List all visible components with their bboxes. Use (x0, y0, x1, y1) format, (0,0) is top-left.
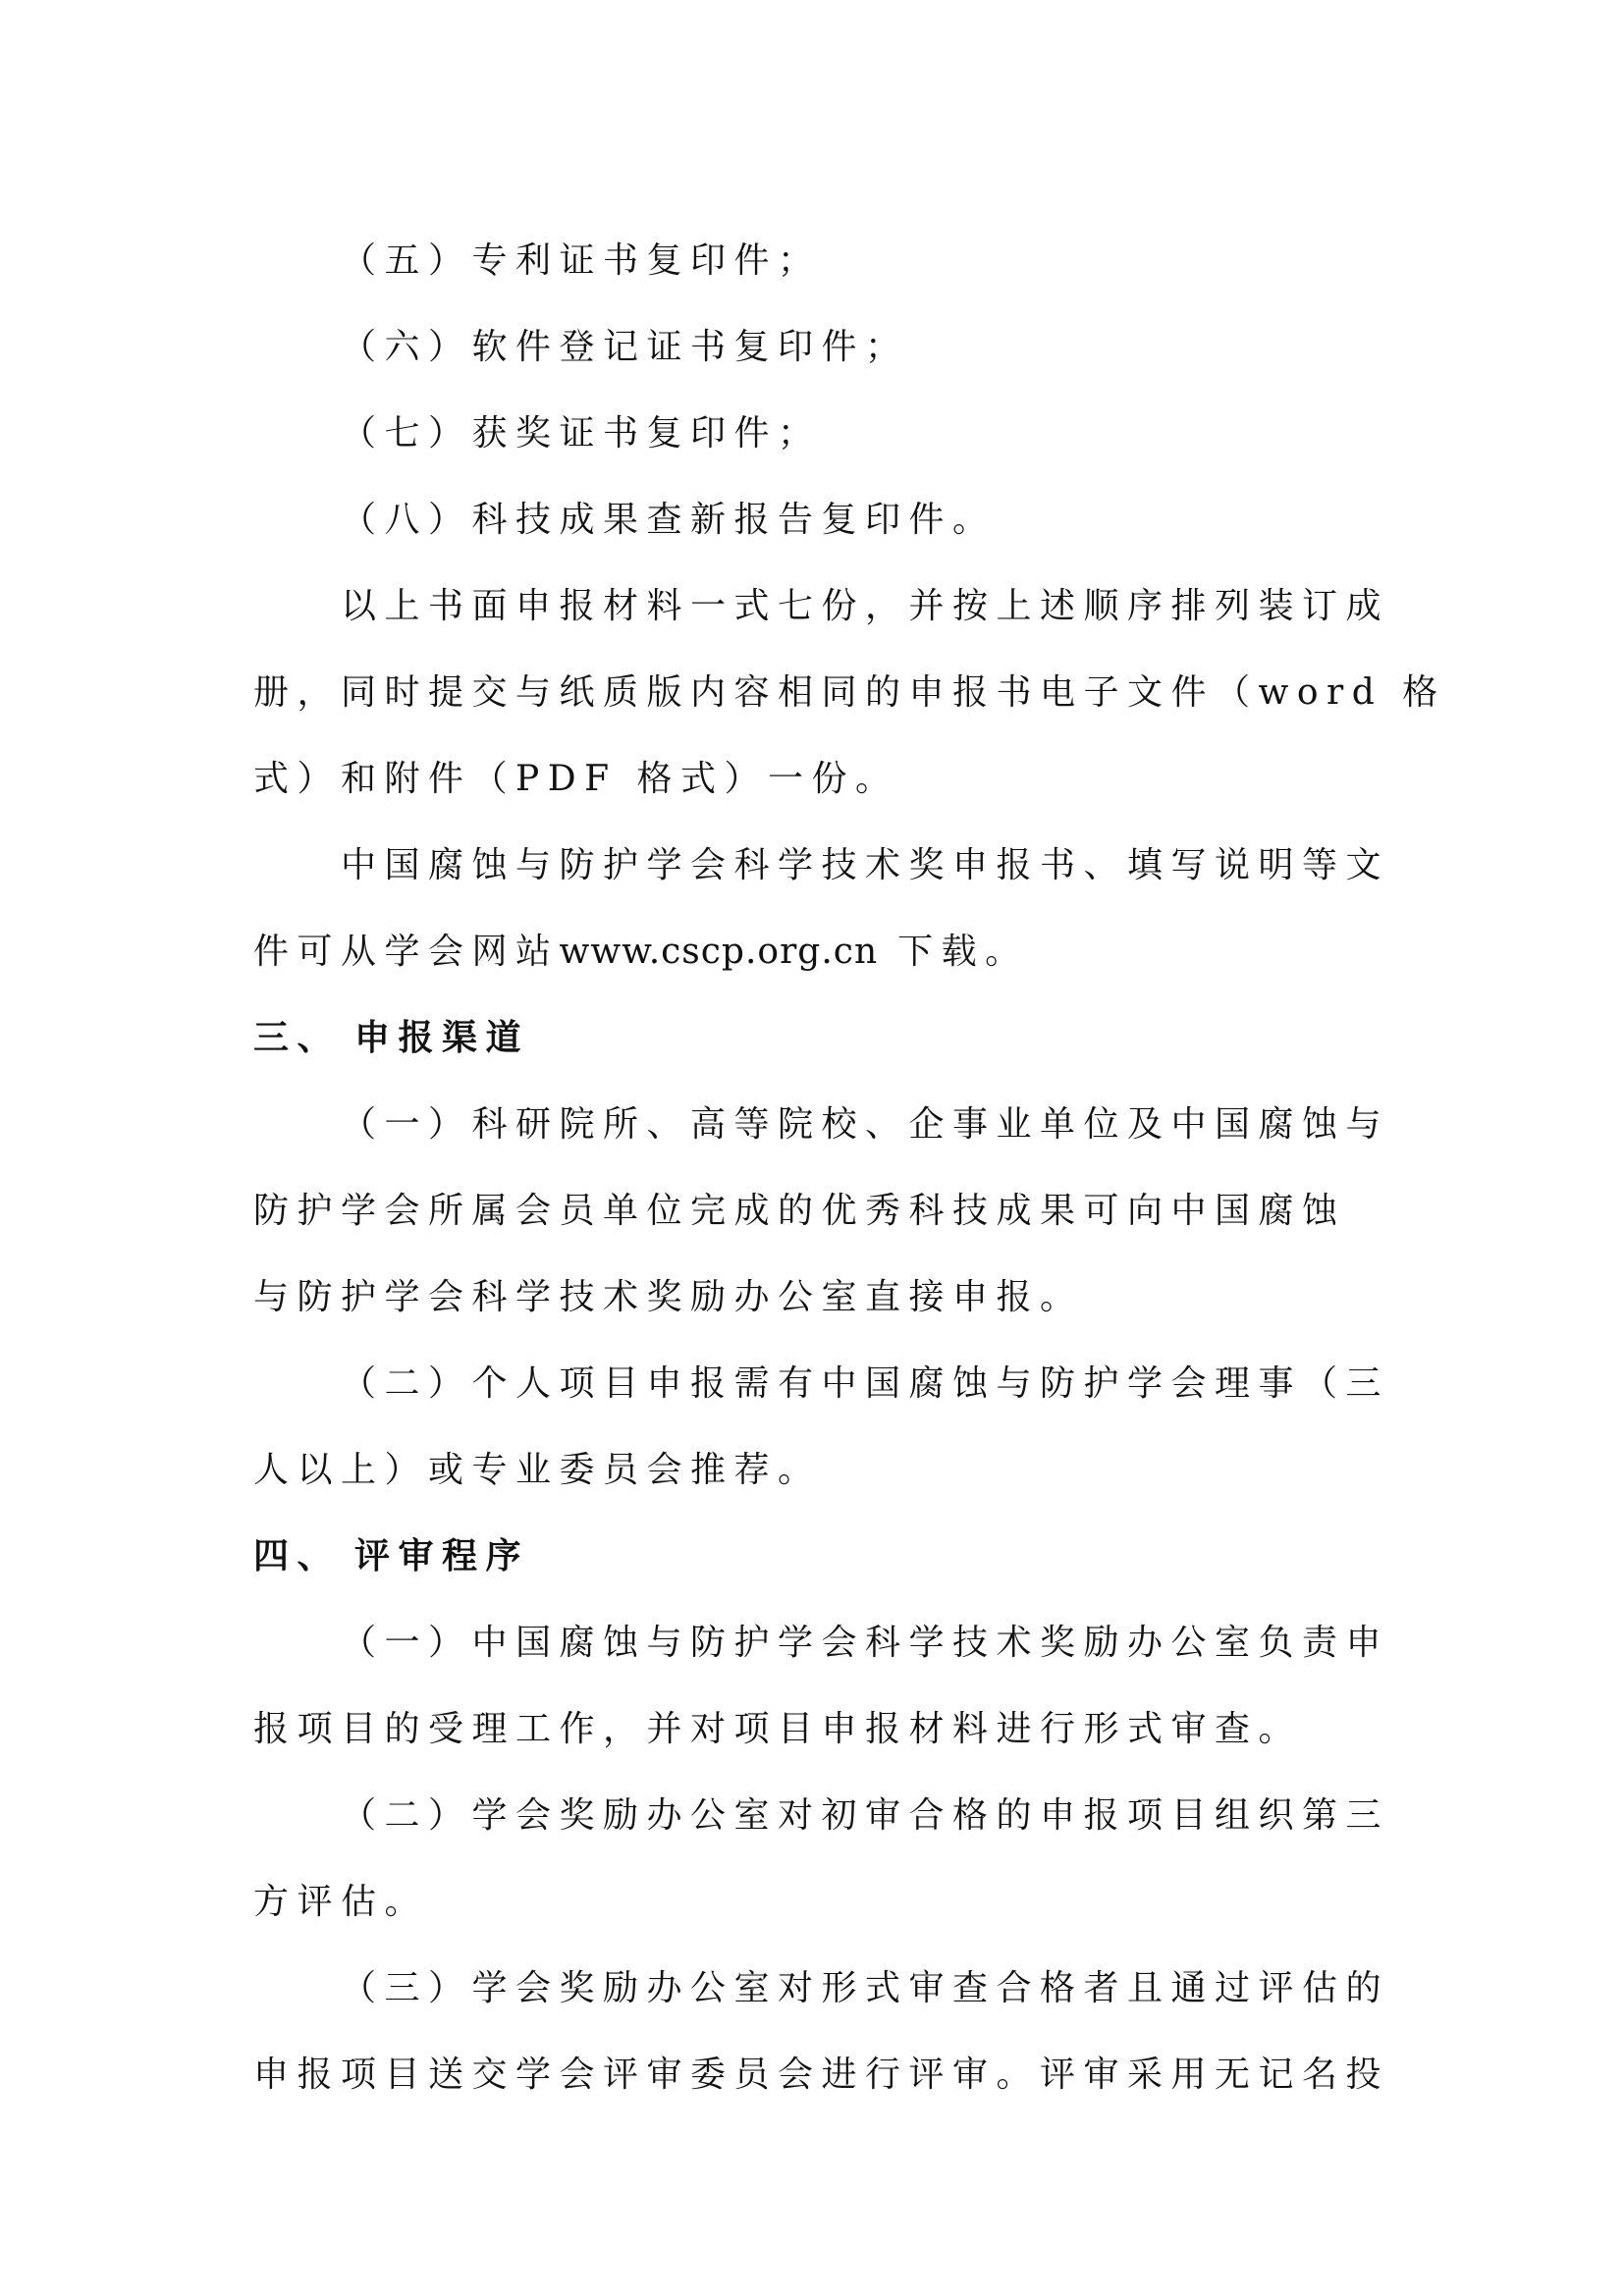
paragraph-line: （二）学会奖励办公室对初审合格的申报项目组织第三 (253, 1773, 1392, 1859)
materials-note-paragraph: 以上书面申报材料一式七份，并按上述顺序排列装订成 册，同时提交与纸质版内容相同的… (253, 563, 1392, 823)
section-heading-review-procedure: 四、评审程序 (253, 1514, 1392, 1600)
paragraph-line: （二）个人项目申报需有中国腐蚀与防护学会理事（三 (253, 1341, 1392, 1427)
section4-item-3: （三）学会奖励办公室对形式审查合格者且通过评估的 申报项目送交学会评审委员会进行… (253, 1946, 1392, 2118)
text: 下载。 (878, 932, 1028, 972)
section3-item-1: （一）科研院所、高等院校、企事业单位及中国腐蚀与 防护学会所属会员单位完成的优秀… (253, 1082, 1392, 1341)
section-heading-channels: 三、申报渠道 (253, 995, 1392, 1082)
paragraph-line: （一）中国腐蚀与防护学会科学技术奖励办公室负责申 (253, 1600, 1392, 1686)
section-title: 申报渠道 (354, 1018, 529, 1058)
paragraph-line: （三）学会奖励办公室对形式审查合格者且通过评估的 (253, 1946, 1392, 2032)
download-note-paragraph: 中国腐蚀与防护学会科学技术奖申报书、填写说明等文 件可从学会网站www.cscp… (253, 823, 1392, 995)
section-title: 评审程序 (354, 1536, 529, 1576)
paragraph-line: 以上书面申报材料一式七份，并按上述顺序排列装订成 (253, 563, 1392, 650)
section4-item-1: （一）中国腐蚀与防护学会科学技术奖励办公室负责申 报项目的受理工作，并对项目申报… (253, 1600, 1392, 1773)
text: 件可从学会网站 (253, 932, 560, 972)
attachment-list: （五）专利证书复印件； （六）软件登记证书复印件； （七）获奖证书复印件； （八… (253, 218, 1392, 563)
list-item-award: （七）获奖证书复印件； (253, 391, 1392, 477)
paragraph-line: 与防护学会科学技术奖励办公室直接申报。 (253, 1255, 1392, 1341)
paragraph-line: 册，同时提交与纸质版内容相同的申报书电子文件（word 格 (253, 650, 1392, 736)
paragraph-line: （一）科研院所、高等院校、企事业单位及中国腐蚀与 (253, 1082, 1392, 1168)
paragraph-line: 式）和附件（PDF 格式）一份。 (253, 736, 1392, 823)
list-item-software: （六）软件登记证书复印件； (253, 304, 1392, 391)
section4-item-2: （二）学会奖励办公室对初审合格的申报项目组织第三 方评估。 (253, 1773, 1392, 1946)
paragraph-line: 报项目的受理工作，并对项目申报材料进行形式审查。 (253, 1686, 1392, 1773)
paragraph-line: 防护学会所属会员单位完成的优秀科技成果可向中国腐蚀 (253, 1168, 1392, 1255)
paragraph-line: 方评估。 (253, 1859, 1392, 1946)
section3-item-2: （二）个人项目申报需有中国腐蚀与防护学会理事（三 人以上）或专业委员会推荐。 (253, 1341, 1392, 1514)
paragraph-line: 中国腐蚀与防护学会科学技术奖申报书、填写说明等文 (253, 823, 1392, 909)
list-item-patent: （五）专利证书复印件； (253, 218, 1392, 304)
paragraph-line: 件可从学会网站www.cscp.org.cn 下载。 (253, 909, 1392, 995)
website-link[interactable]: www.cscp.org.cn (560, 932, 879, 972)
section-number: 四、 (253, 1536, 341, 1576)
section-number: 三、 (253, 1018, 341, 1058)
list-item-novelty-report: （八）科技成果查新报告复印件。 (253, 477, 1392, 563)
document-page: （五）专利证书复印件； （六）软件登记证书复印件； （七）获奖证书复印件； （八… (253, 218, 1392, 2118)
paragraph-line: 申报项目送交学会评审委员会进行评审。评审采用无记名投 (253, 2032, 1392, 2118)
paragraph-line: 人以上）或专业委员会推荐。 (253, 1427, 1392, 1514)
